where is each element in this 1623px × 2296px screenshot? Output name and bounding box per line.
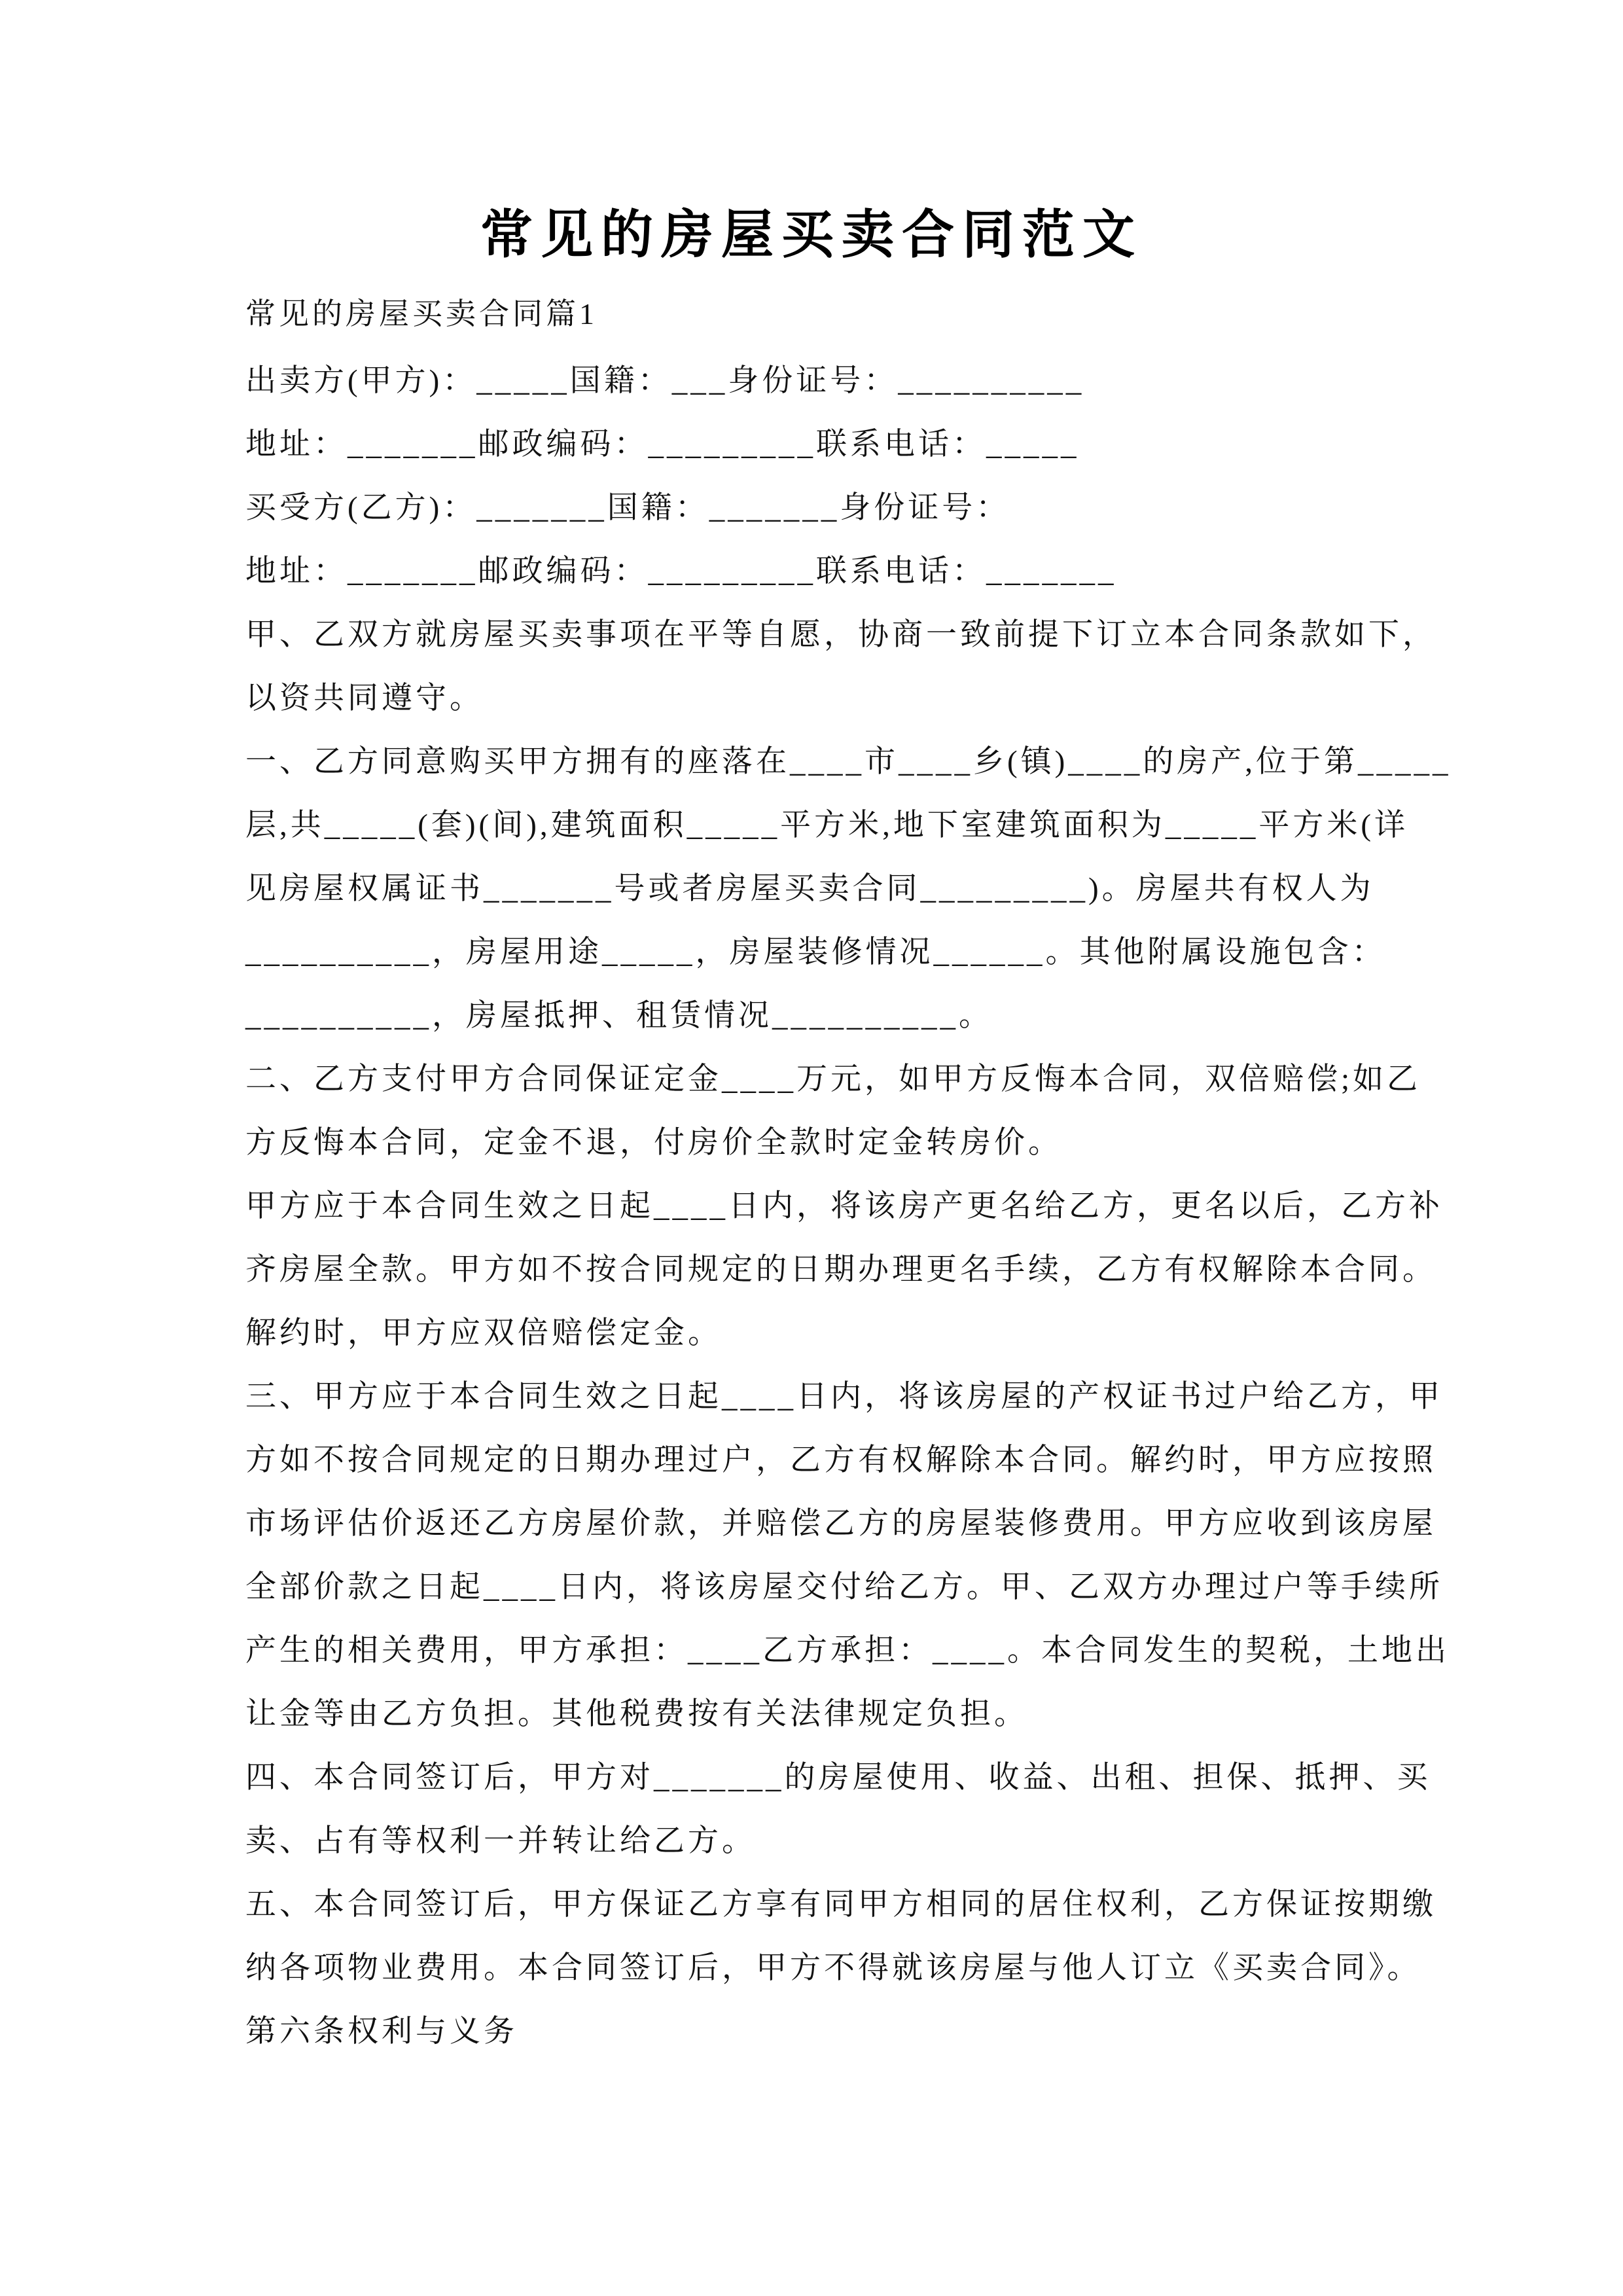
contract-line-clause3-6: 让金等由乙方负担。其他税费按有关法律规定负担。: [245, 1683, 1407, 1746]
contract-line-clause3-3: 市场评估价返还乙方房屋价款，并赔偿乙方的房屋装修费用。甲方应收到该房屋: [245, 1492, 1407, 1556]
contract-line-clause1-4: __________，房屋用途_____，房屋装修情况______。其他附属设施…: [245, 921, 1407, 984]
contract-line-buyer-info: 买受方(乙方)：_______国籍：_______身份证号：: [245, 476, 1407, 540]
contract-line-seller-address: 地址：_______邮政编码：_________联系电话：_____: [245, 413, 1407, 476]
contract-line-clause3-5: 产生的相关费用，甲方承担：____乙方承担：____。本合同发生的契税，土地出: [245, 1619, 1407, 1683]
contract-line-clause1-3: 见房屋权属证书_______号或者房屋买卖合同_________)。房屋共有权人…: [245, 857, 1407, 921]
contract-line-clause1-2: 层,共_____(套)(间),建筑面积_____平方米,地下室建筑面积为____…: [245, 794, 1407, 857]
contract-line-preamble-1: 甲、乙双方就房屋买卖事项在平等自愿，协商一致前提下订立本合同条款如下，: [245, 603, 1407, 667]
contract-line-clause6-heading: 第六条权利与义务: [245, 2000, 1407, 2064]
contract-line-clause2-1: 二、乙方支付甲方合同保证定金____万元，如甲方反悔本合同，双倍赔偿;如乙: [245, 1048, 1407, 1111]
document-body: 出卖方(甲方)：_____国籍：___身份证号：__________ 地址：__…: [245, 350, 1407, 2064]
contract-line-clause2-2: 方反悔本合同，定金不退，付房价全款时定金转房价。: [245, 1111, 1407, 1175]
contract-line-preamble-2: 以资共同遵守。: [245, 667, 1407, 730]
contract-line-seller-info: 出卖方(甲方)：_____国籍：___身份证号：__________: [245, 350, 1407, 413]
contract-line-buyer-address: 地址：_______邮政编码：_________联系电话：_______: [245, 540, 1407, 603]
contract-document-page: 常见的房屋买卖合同范文 常见的房屋买卖合同篇1 出卖方(甲方)：_____国籍：…: [0, 0, 1623, 2296]
contract-line-clause2-3: 甲方应于本合同生效之日起____日内，将该房产更名给乙方，更名以后，乙方补: [245, 1175, 1407, 1238]
contract-line-clause3-4: 全部价款之日起____日内，将该房屋交付给乙方。甲、乙双方办理过户等手续所: [245, 1556, 1407, 1619]
contract-line-clause5-1: 五、本合同签订后，甲方保证乙方享有同甲方相同的居住权利，乙方保证按期缴: [245, 1873, 1407, 1937]
contract-line-clause1-1: 一、乙方同意购买甲方拥有的座落在____市____乡(镇)____的房产,位于第…: [245, 730, 1407, 794]
contract-line-clause2-5: 解约时，甲方应双倍赔偿定金。: [245, 1302, 1407, 1365]
contract-line-clause4-1: 四、本合同签订后，甲方对_______的房屋使用、收益、出租、担保、抵押、买: [245, 1746, 1407, 1810]
contract-line-clause3-1: 三、甲方应于本合同生效之日起____日内，将该房屋的产权证书过户给乙方，甲: [245, 1365, 1407, 1429]
contract-line-clause5-2: 纳各项物业费用。本合同签订后，甲方不得就该房屋与他人订立《买卖合同》。: [245, 1937, 1407, 2000]
contract-line-clause4-2: 卖、占有等权利一并转让给乙方。: [245, 1810, 1407, 1873]
document-subtitle: 常见的房屋买卖合同篇1: [245, 297, 1387, 331]
contract-line-clause1-5: __________，房屋抵押、租赁情况__________。: [245, 984, 1407, 1048]
contract-line-clause3-2: 方如不按合同规定的日期办理过户，乙方有权解除本合同。解约时，甲方应按照: [245, 1429, 1407, 1492]
document-title: 常见的房屋买卖合同范文: [0, 0, 1623, 264]
contract-line-clause2-4: 齐房屋全款。甲方如不按合同规定的日期办理更名手续，乙方有权解除本合同。: [245, 1238, 1407, 1302]
